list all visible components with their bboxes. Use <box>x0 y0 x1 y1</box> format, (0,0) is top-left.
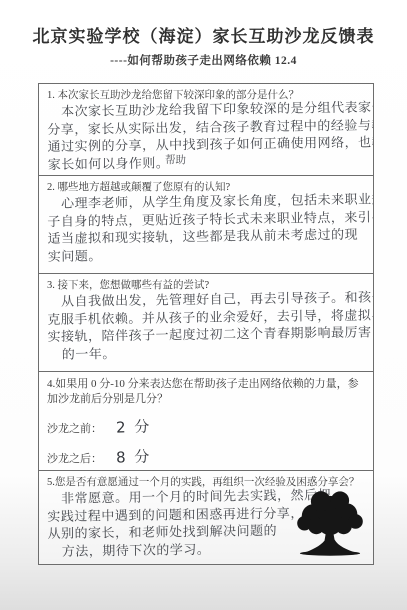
form-title: 北京实验学校（海淀）家长互助沙龙反馈表 <box>0 22 407 47</box>
score-before-label: 沙龙之前： <box>47 423 102 435</box>
score-after-row: 沙龙之后：8 分 <box>47 446 365 467</box>
feedback-form-table: 1. 本次家长互助沙龙给您留下较深印象的部分是什么？ 本次家长互助沙龙给我留下印… <box>38 83 374 565</box>
section-question-5: 5.您是否有意愿通过一个月的实践，再组织一次经验及困惑分享会？ 非常愿意。用一个… <box>39 471 373 564</box>
section-question-1: 1. 本次家长互助沙龙给您留下较深印象的部分是什么？ 本次家长互助沙龙给我留下印… <box>39 84 373 176</box>
score-after-value: 8 分 <box>116 445 152 467</box>
score-after-label: 沙龙之后： <box>47 453 102 465</box>
section-question-2: 2. 哪些地方超越或颠覆了您原有的认知? 心理李老师，从学生角度及家长角度，包括… <box>39 176 373 274</box>
question-4-text: 4.如果用 0 分-10 分来表达您在帮助孩子走出网络依赖的力量，参加沙龙前后分… <box>47 377 365 407</box>
answer-1-handwriting: 本次家长互助沙龙给我留下印象较深的是分组代表家长经验 分享，家长从实际出发，结合… <box>47 100 366 174</box>
answer-line: 家长如何以身作则。 <box>48 152 366 174</box>
answer-line: 实问题。 <box>48 244 366 266</box>
answer-line: 的一年。 <box>48 342 366 364</box>
form-subtitle: ----如何帮助孩子走出网络依赖 12.4 <box>0 52 407 68</box>
tree-stamp-icon <box>289 489 371 563</box>
score-before-row: 沙龙之前：2 分 <box>47 416 365 437</box>
scanned-feedback-form: 北京实验学校（海淀）家长互助沙龙反馈表 ----如何帮助孩子走出网络依赖 12.… <box>0 0 407 610</box>
score-before-value: 2 分 <box>116 415 152 437</box>
answer-2-handwriting: 心理李老师，从学生角度及家长角度，包括未来职业规划及孩 子自身的特点，更贴近孩子… <box>47 192 366 266</box>
inserted-word-annotation: 帮助 <box>165 152 186 167</box>
section-question-4: 4.如果用 0 分-10 分来表达您在帮助孩子走出网络依赖的力量，参加沙龙前后分… <box>39 372 373 471</box>
answer-3-handwriting: 从自我做出发，先管理好自己，再去引导孩子。和孩子一起 克服手机依赖。并从孩子的业… <box>47 290 366 364</box>
section-question-3: 3. 接下来，您想做哪些有益的尝试? 从自我做出发，先管理好自己，再去引导孩子。… <box>39 274 373 372</box>
